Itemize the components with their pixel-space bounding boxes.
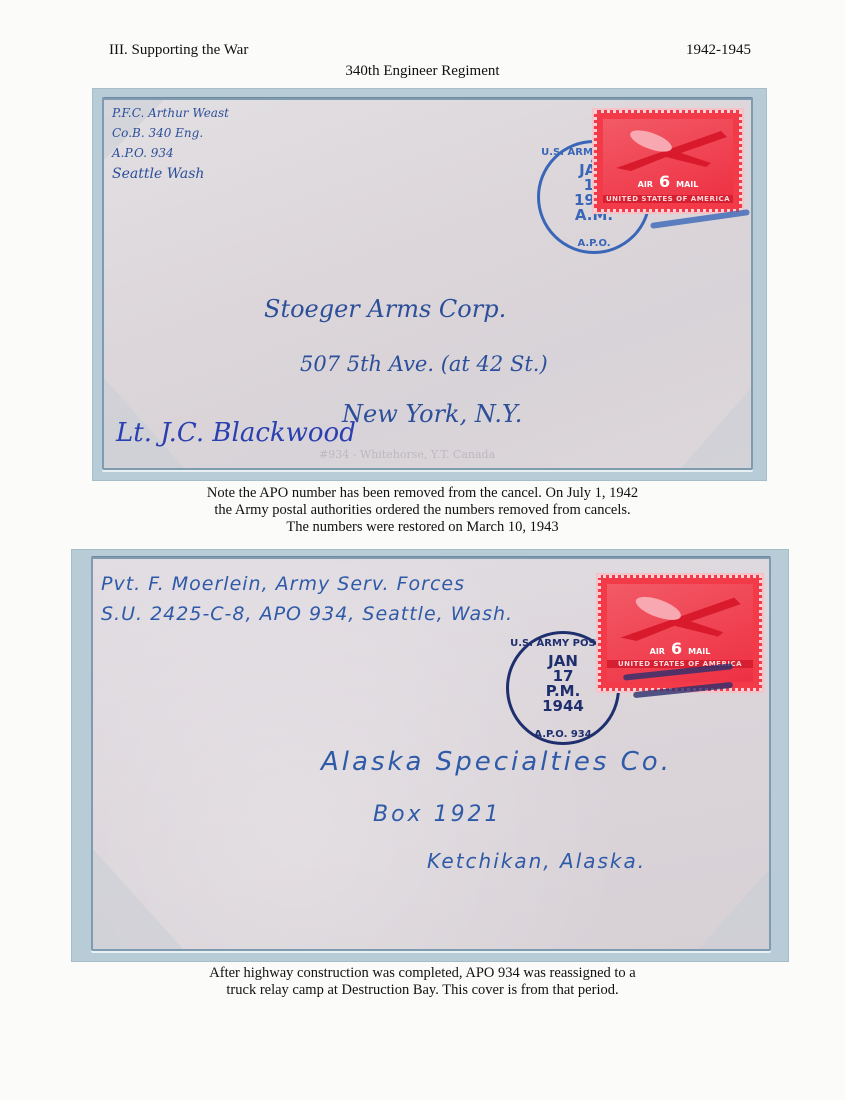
pencil-note: #934 - Whitehorse, Y.T. Canada (319, 448, 495, 461)
addressee-line: New York, N.Y. (342, 400, 522, 428)
addressee-line: Alaska Specialties Co. (321, 747, 672, 777)
cover-mount-1: P.F.C. Arthur Weast Co.B. 340 Eng. A.P.O… (92, 88, 767, 481)
date-range: 1942-1945 (686, 42, 751, 59)
stamp-denomination: AIR6MAIL (597, 172, 739, 191)
envelope-cover-1: P.F.C. Arthur Weast Co.B. 340 Eng. A.P.O… (102, 98, 753, 470)
airmail-stamp: AIR6MAIL UNITED STATES OF AMERICA (594, 110, 742, 212)
airplane-icon (615, 588, 745, 644)
censor-signature: Lt. J.C. Blackwood (116, 418, 356, 448)
cover-mount-2: Pvt. F. Moerlein, Army Serv. Forces S.U.… (71, 549, 789, 962)
addressee-line: 507 5th Ave. (at 42 St.) (300, 352, 548, 376)
airplane-icon (611, 123, 731, 173)
caption-line: the Army postal authorities ordered the … (0, 502, 845, 519)
cancel-bar (650, 209, 750, 229)
addressee-line: Ketchikan, Alaska. (427, 849, 646, 873)
caption-line: After highway construction was completed… (0, 965, 845, 982)
return-address-line: Seattle Wash (112, 166, 204, 182)
stamp-denomination: AIR6MAIL (601, 639, 759, 658)
envelope-corner-shadow (681, 388, 751, 468)
section-title: III. Supporting the War (109, 42, 248, 59)
caption-line: Note the APO number has been removed fro… (0, 485, 845, 502)
caption-line: truck relay camp at Destruction Bay. Thi… (0, 982, 845, 999)
return-address-line: S.U. 2425-C-8, APO 934, Seattle, Wash. (101, 603, 513, 625)
envelope-corner-shadow (93, 849, 183, 949)
addressee-line: Box 1921 (373, 802, 502, 827)
stamp-country: UNITED STATES OF AMERICA (603, 195, 733, 203)
caption-1: Note the APO number has been removed fro… (0, 485, 845, 536)
postmark-ring-text: A.P.O. (540, 238, 648, 249)
return-address-line: P.F.C. Arthur Weast (112, 106, 229, 120)
addressee-line: Stoeger Arms Corp. (264, 295, 506, 323)
postmark-ring-text: A.P.O. 934 (509, 729, 617, 740)
page-subtitle: 340th Engineer Regiment (0, 63, 845, 80)
envelope-corner-shadow (699, 869, 769, 949)
return-address-line: A.P.O. 934 (112, 146, 174, 160)
caption-2: After highway construction was completed… (0, 965, 845, 999)
postmark-year: 1944 (509, 699, 617, 714)
envelope-cover-2: Pvt. F. Moerlein, Army Serv. Forces S.U.… (91, 557, 771, 951)
caption-line: The numbers were restored on March 10, 1… (0, 519, 845, 536)
return-address-line: Pvt. F. Moerlein, Army Serv. Forces (101, 573, 465, 595)
return-address-line: Co.B. 340 Eng. (112, 126, 203, 140)
